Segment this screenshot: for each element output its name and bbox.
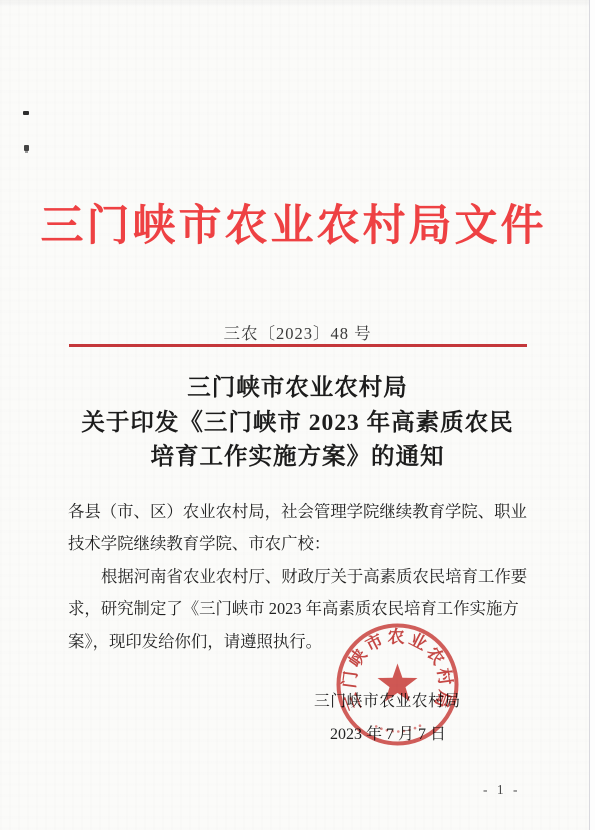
red-divider-line (69, 344, 527, 347)
body-line-recipients: 技术学院继续教育学院、市农广校： (68, 528, 530, 560)
document-title-line: 关于印发《三门峡市 2023 年高素质农民 (0, 406, 595, 441)
body-line: 求，研究制定了《三门峡市 2023 年高素质农民培育工作实施方 (68, 593, 530, 625)
document-title-line: 三门峡市农业农村局 (0, 371, 595, 406)
document-title: 三门峡市农业农村局 关于印发《三门峡市 2023 年高素质农民 培育工作实施方案… (0, 371, 595, 475)
scan-top-shade (0, 0, 595, 7)
agency-header-title: 三门峡市农业农村局文件 (0, 198, 587, 256)
document-body: 各县（市、区）农业农村局，社会管理学院继续教育学院、职业 技术学院继续教育学院、… (68, 496, 530, 658)
signature-agency-name: 三门峡市农业农村局 (314, 688, 461, 711)
body-line: 根据河南省农业农村厅、财政厅关于高素质农民培育工作要 (68, 561, 530, 593)
document-page: 三门峡市农业农村局文件 三农〔2023〕48 号 三门峡市农业农村局 关于印发《… (0, 0, 595, 830)
scan-speck (23, 111, 29, 115)
scan-speck (24, 145, 29, 151)
document-title-line: 培育工作实施方案》的通知 (0, 440, 595, 475)
body-line-recipients: 各县（市、区）农业农村局，社会管理学院继续教育学院、职业 (68, 496, 530, 528)
document-number: 三农〔2023〕48 号 (0, 320, 595, 344)
signature-date: 2023 年 7 月 7 日 (330, 721, 446, 744)
body-line: 案》，现印发给你们，请遵照执行。 (68, 626, 530, 658)
page-number: - 1 - (483, 782, 521, 798)
